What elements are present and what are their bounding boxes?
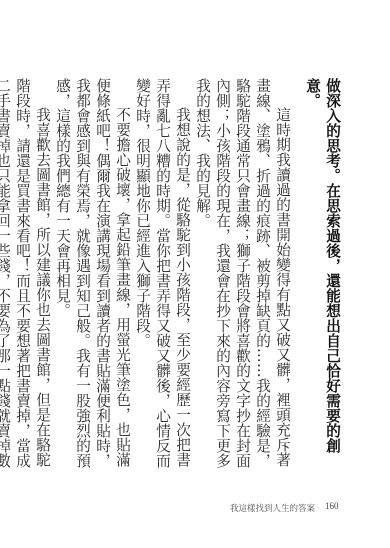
paragraph: 我想說的是，從駱駝到小孩階段，至少要經歷一次把書弄得亂七八糟的時期。當你把書弄得…	[132, 78, 192, 468]
lead-paragraph: 做深入的思考。在思索過後，還能想出自己恰好需要的創意。	[302, 78, 342, 468]
paragraph: 我喜歡去圖書館，所以建議你也去圖書館，但是在駱駝階段時，請還是買書來看吧！而且不…	[0, 78, 52, 468]
paragraph: 不要擔心破壞，拿起鉛筆畫線，用螢光筆塗色，也貼滿便條紙吧！偶爾我在演講現場看到讀…	[52, 78, 132, 468]
paragraph: 這時期我讀過的書開始變得有點又破又髒，裡頭充斥著畫線、塗鴉、折過的痕跡、被剪掉缺…	[192, 78, 292, 468]
vertical-text-body: 做深入的思考。在思索過後，還能想出自己恰好需要的創意。 這時期我讀過的書開始變得…	[0, 78, 342, 468]
running-footer-title: 我這樣找到人生的答案	[230, 502, 315, 514]
page-number: 160	[325, 501, 339, 511]
book-page: 做深入的思考。在思索過後，還能想出自己恰好需要的創意。 這時期我讀過的書開始變得…	[0, 0, 390, 548]
